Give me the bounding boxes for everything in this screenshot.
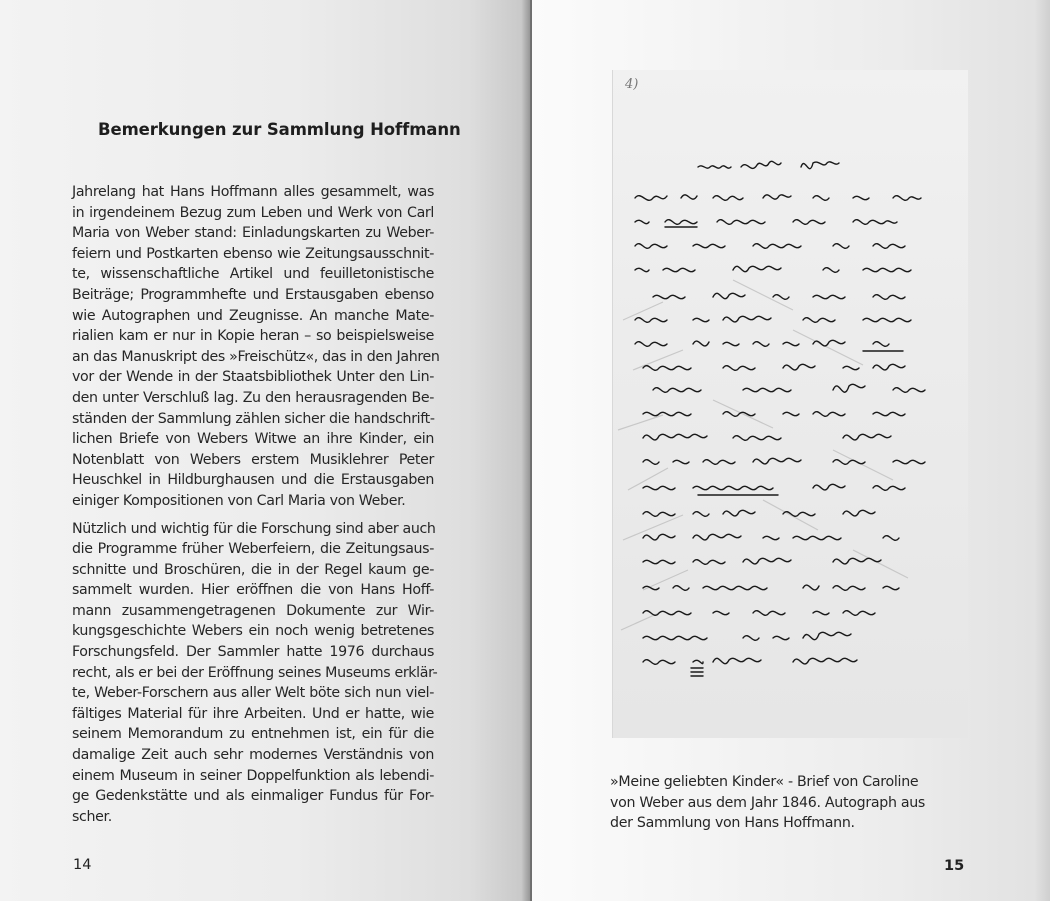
- page-number-right: 15: [944, 858, 964, 874]
- page-number-left: 14: [73, 857, 91, 873]
- handwriting-illustration: 4): [613, 70, 968, 738]
- text-line: ständen der Sammlung zählen sicher die h…: [72, 409, 434, 430]
- book-spread: Bemerkungen zur Sammlung Hoffmann Jahrel…: [0, 0, 1050, 901]
- text-line: lichen Briefe von Webers Witwe an ihre K…: [72, 429, 434, 450]
- text-line: recht, als er bei der Eröffnung seines M…: [72, 663, 434, 684]
- text-line: Heuschkel in Hildburghausen und die Erst…: [72, 470, 434, 491]
- text-line: vor der Wende in der Staatsbibliothek Un…: [72, 367, 434, 388]
- text-line: Beiträge; Programmhefte und Erstausgaben…: [72, 285, 434, 306]
- text-line: scher.: [72, 807, 434, 828]
- caption-line: von Weber aus dem Jahr 1846. Autograph a…: [610, 793, 980, 814]
- text-line: ge Gedenkstätte und als einmaliger Fundu…: [72, 786, 434, 807]
- text-line: rialien kam er nur in Kopie heran – so b…: [72, 326, 434, 347]
- text-line: damalige Zeit auch sehr modernes Verstän…: [72, 745, 434, 766]
- text-line: Jahrelang hat Hans Hoffmann alles gesamm…: [72, 182, 434, 203]
- text-line: Forschungsfeld. Der Sammler hatte 1976 d…: [72, 642, 434, 663]
- text-line: Nützlich und wichtig für die Forschung s…: [72, 519, 434, 540]
- body-text: Jahrelang hat Hans Hoffmann alles gesamm…: [72, 182, 434, 827]
- text-line: an das Manuskript des »Freischütz«, das …: [72, 347, 434, 368]
- text-line: einiger Kompositionen von Carl Maria von…: [72, 491, 434, 512]
- figure-caption: »Meine geliebten Kinder« - Brief von Car…: [610, 772, 980, 834]
- caption-line: der Sammlung von Hans Hoffmann.: [610, 813, 980, 834]
- text-line: feiern und Postkarten ebenso wie Zeitung…: [72, 244, 434, 265]
- text-line: te, wissenschaftliche Artikel und feuill…: [72, 264, 434, 285]
- text-line: einem Museum in seiner Doppelfunktion al…: [72, 766, 434, 787]
- text-line: mann zusammengetragenen Dokumente zur Wi…: [72, 601, 434, 622]
- text-line: fältiges Material für ihre Arbeiten. Und…: [72, 704, 434, 725]
- text-line: Maria von Weber stand: Einladungskarten …: [72, 223, 434, 244]
- left-page: Bemerkungen zur Sammlung Hoffmann Jahrel…: [0, 0, 532, 901]
- text-line: te, Weber-Forschern aus aller Welt böte …: [72, 683, 434, 704]
- paragraph-2: Nützlich und wichtig für die Forschung s…: [72, 519, 434, 828]
- letter-facsimile-image: 4): [612, 70, 968, 738]
- caption-line: »Meine geliebten Kinder« - Brief von Car…: [610, 772, 980, 793]
- corner-mark: 4): [624, 77, 638, 92]
- text-line: schnitte und Broschüren, die in der Rege…: [72, 560, 434, 581]
- text-line: seinem Memorandum zu entnehmen ist, ein …: [72, 724, 434, 745]
- text-line: wie Autographen und Zeugnisse. An manche…: [72, 306, 434, 327]
- text-line: Notenblatt von Webers erstem Musiklehrer…: [72, 450, 434, 471]
- text-line: sammelt wurden. Hier eröffnen die von Ha…: [72, 580, 434, 601]
- section-heading: Bemerkungen zur Sammlung Hoffmann: [98, 120, 461, 139]
- text-line: den unter Verschluß lag. Zu den herausra…: [72, 388, 434, 409]
- text-line: die Programme früher Weberfeiern, die Ze…: [72, 539, 434, 560]
- paragraph-1: Jahrelang hat Hans Hoffmann alles gesamm…: [72, 182, 434, 512]
- text-line: kungsgeschichte Webers ein noch wenig be…: [72, 621, 434, 642]
- text-line: in irgendeinem Bezug zum Leben und Werk …: [72, 203, 434, 224]
